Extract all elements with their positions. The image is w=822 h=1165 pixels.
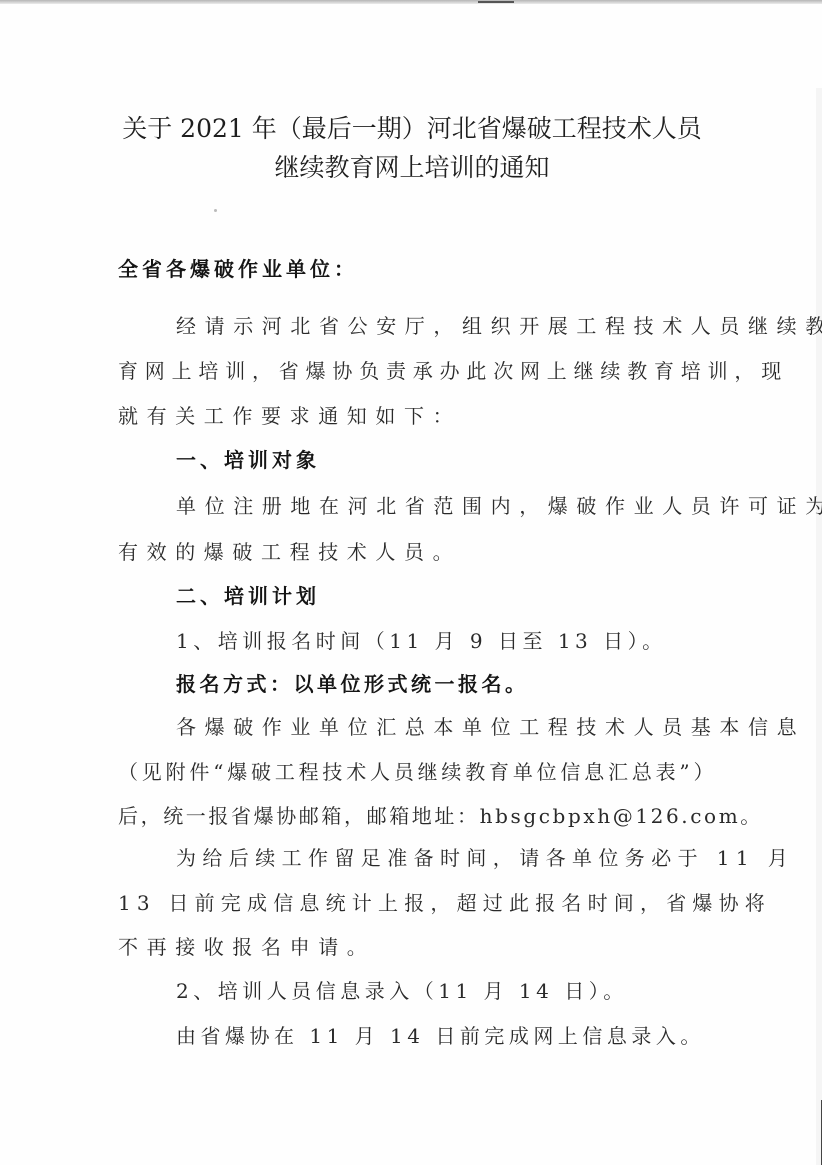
scan-right-margin	[816, 88, 822, 1165]
salutation: 全省各爆破作业单位：	[118, 253, 706, 282]
section1-line-2: 有效的爆破工程技术人员。	[118, 536, 706, 565]
section1-line-1: 单位注册地在河北省范围内，爆破作业人员许可证为	[118, 490, 764, 519]
intro-line-1: 经请示河北省公安厅，组织开展工程技术人员继续教	[118, 310, 764, 339]
item1-deadline-line-3: 不再接收报名申请。	[118, 931, 706, 960]
item1-title: 1、培训报名时间（11 月 9 日至 13 日）。	[118, 625, 764, 654]
item1-body-line-2: （见附件“爆破工程技术人员继续教育单位信息汇总表”）	[118, 756, 706, 785]
scan-top-border	[0, 0, 822, 4]
section2-heading: 二、培训计划	[118, 580, 764, 609]
item1-deadline-line-1: 为给后续工作留足准备时间，请各单位务必于 11 月	[118, 842, 764, 871]
item2-body: 由省爆协在 11 月 14 日前完成网上信息录入。	[118, 1020, 764, 1049]
document-title-line1: 关于 2021 年（最后一期）河北省爆破工程技术人员	[118, 109, 706, 145]
scan-artifact	[478, 1, 514, 3]
document-title-line2: 继续教育网上培训的通知	[118, 148, 706, 184]
item1-method: 报名方式：以单位形式统一报名。	[118, 668, 764, 697]
item1-body-line-1: 各爆破作业单位汇总本单位工程技术人员基本信息	[118, 711, 764, 740]
item1-deadline-line-2: 13 日前完成信息统计上报，超过此报名时间，省爆协将	[118, 887, 706, 916]
item1-email-line: 后，统一报省爆协邮箱，邮箱地址：hbsgcbpxh@126.com。	[118, 800, 706, 829]
item2-title: 2、培训人员信息录入（11 月 14 日）。	[118, 975, 764, 1004]
intro-line-3: 就有关工作要求通知如下：	[118, 400, 706, 429]
section1-heading: 一、培训对象	[118, 444, 764, 473]
scan-speck	[214, 209, 217, 212]
intro-line-2: 育网上培训，省爆协负责承办此次网上继续教育培训，现	[118, 355, 706, 384]
